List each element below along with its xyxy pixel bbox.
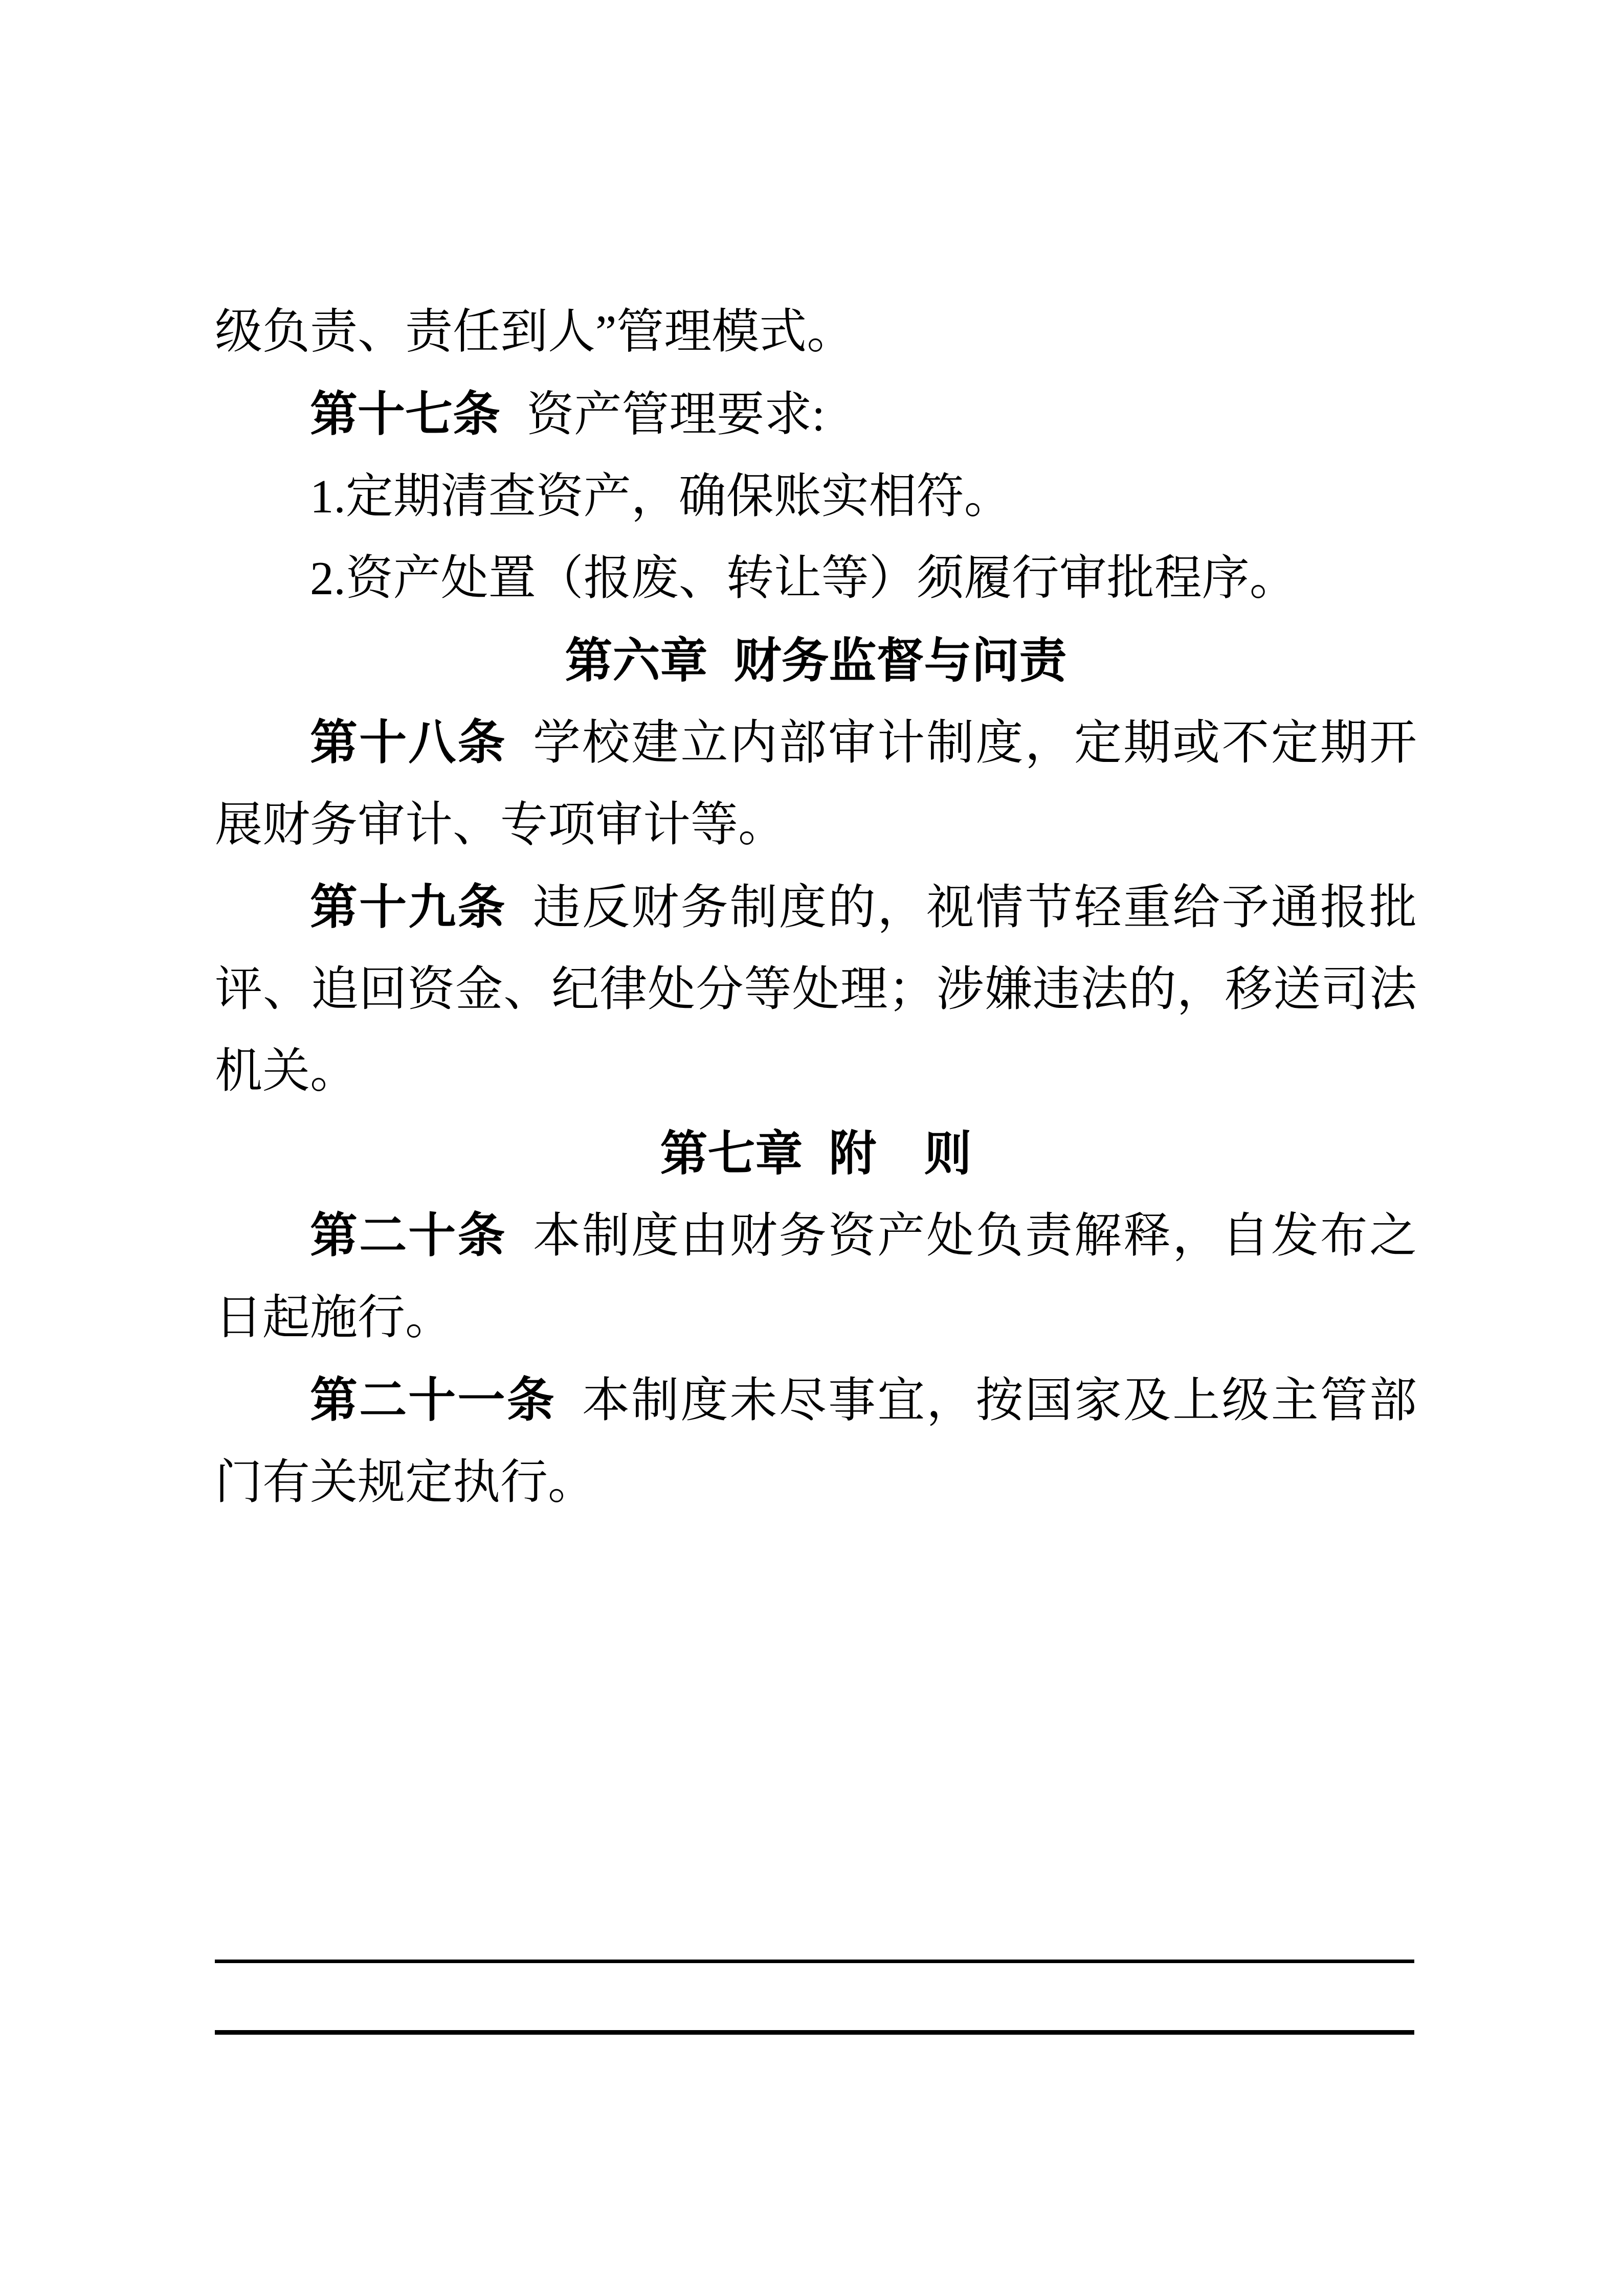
article-21: 第二十一条本制度未尽事宜，按国家及上级主管部门有关规定执行。: [215, 1359, 1417, 1524]
article-20: 第二十条本制度由财务资产处负责解释，自发布之日起施行。: [215, 1195, 1417, 1359]
chapter-6-title: 财务监督与问责: [734, 634, 1067, 687]
chapter-7-heading: 第七章附 则: [215, 1113, 1417, 1195]
separator-line-bottom: [215, 2030, 1414, 2035]
article-19: 第十九条违反财务制度的，视情节轻重给予通报批评、追回资金、纪律处分等处理；涉嫌违…: [215, 866, 1417, 1113]
chapter-6-number: 第六章: [565, 634, 707, 687]
article-21-number: 第二十一条: [310, 1374, 556, 1427]
article-18: 第十八条学校建立内部审计制度，定期或不定期开展财务审计、专项审计等。: [215, 702, 1417, 866]
list-item-2: 2.资产处置（报废、转让等）须履行审批程序。: [215, 538, 1417, 620]
paragraph-continuation: 级负责、责任到人”管理模式。: [215, 291, 1417, 373]
article-17: 第十七条资产管理要求:: [215, 373, 1417, 456]
chapter-7-title: 附 则: [829, 1127, 972, 1180]
article-17-text: 资产管理要求:: [526, 389, 825, 441]
article-18-number: 第十八条: [310, 716, 507, 769]
list-item-1: 1.定期清查资产，确保账实相符。: [215, 456, 1417, 538]
document-body: 级负责、责任到人”管理模式。 第十七条资产管理要求: 1.定期清查资产，确保账实…: [215, 291, 1417, 1524]
chapter-6-heading: 第六章财务监督与问责: [215, 620, 1417, 702]
article-17-number: 第十七条: [310, 388, 500, 441]
chapter-7-number: 第七章: [660, 1127, 803, 1180]
separator-line-top: [215, 1960, 1414, 1963]
document-page: 级负责、责任到人”管理模式。 第十七条资产管理要求: 1.定期清查资产，确保账实…: [0, 0, 1624, 2296]
article-19-number: 第十九条: [310, 881, 507, 934]
article-20-number: 第二十条: [310, 1209, 507, 1262]
